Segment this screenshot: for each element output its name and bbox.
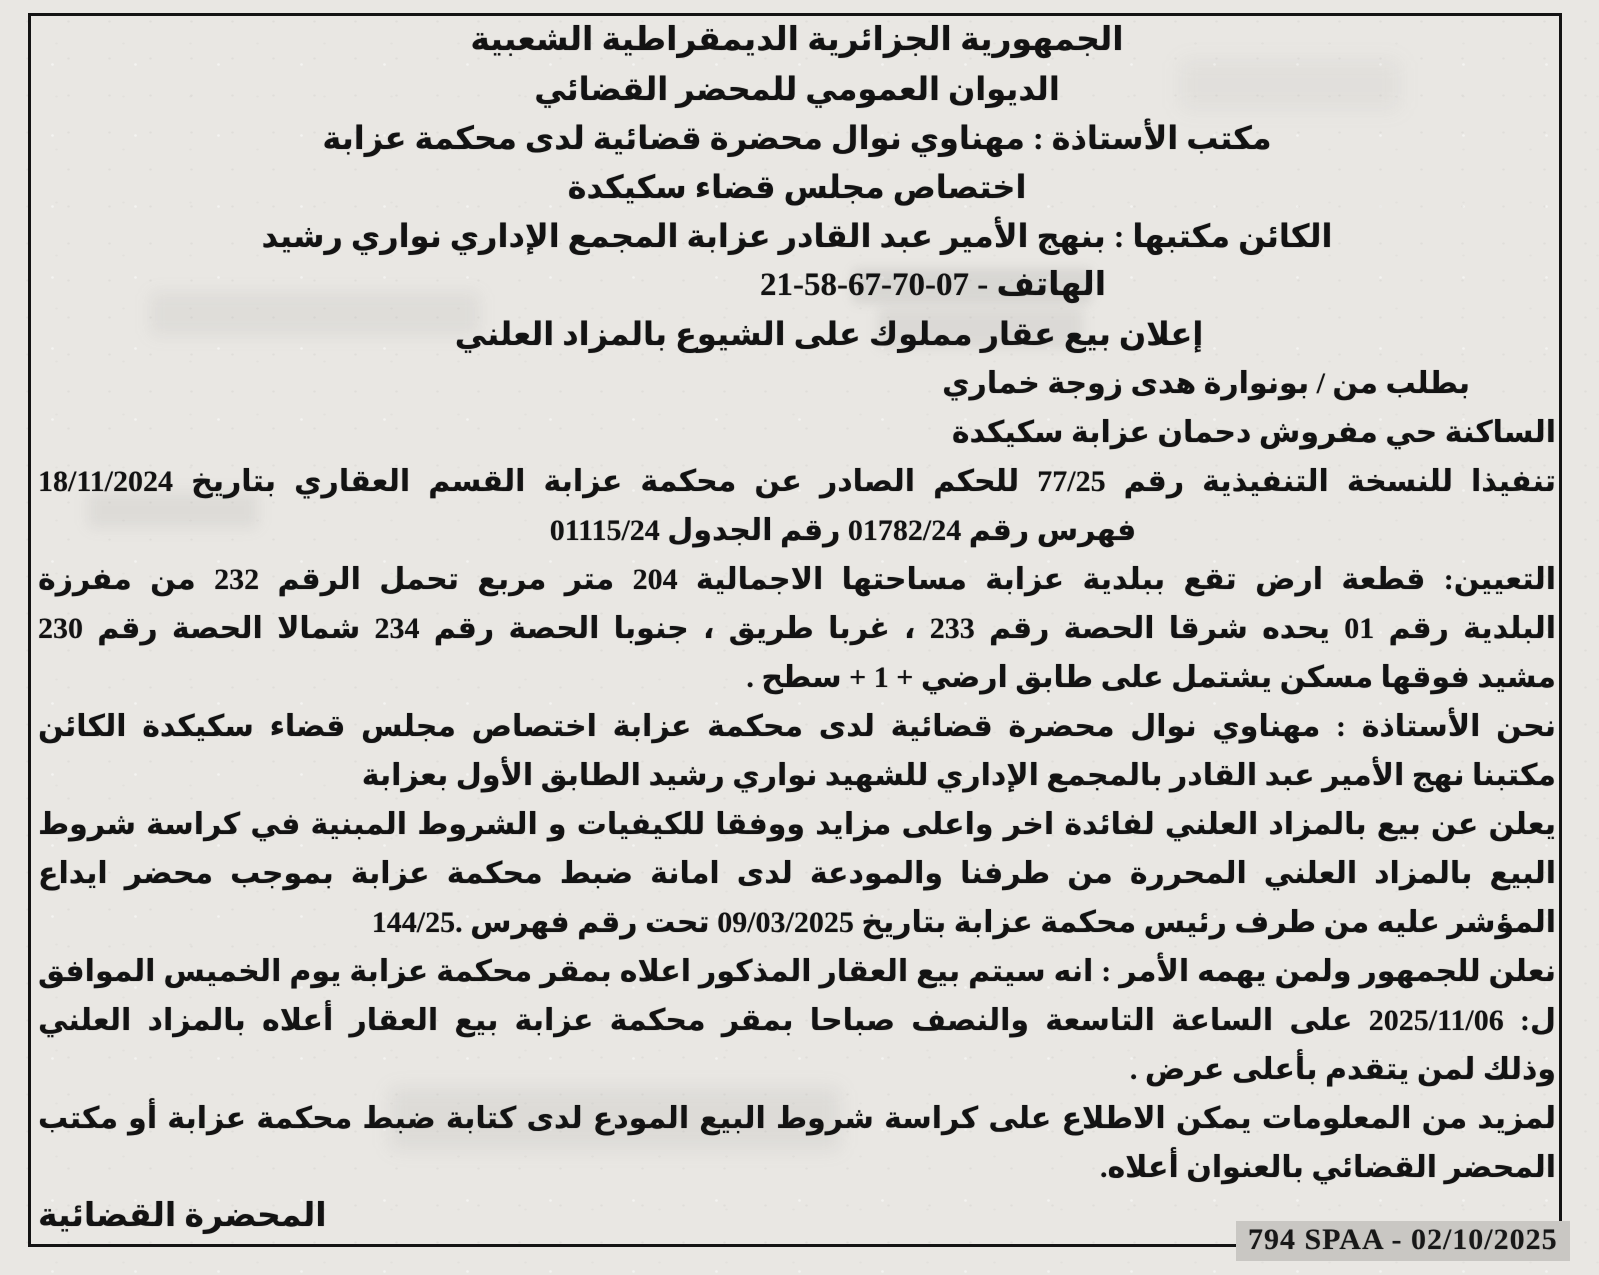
body-line-we-bailiff: نحن الأستاذة : مهناوي نوال محضرة قضائية … (38, 702, 1556, 751)
notice-title: إعلان بيع عقار مملوك على الشيوع بالمزاد … (70, 310, 1588, 359)
office-address-line: الكائن مكتبها : بنهج الأمير عبد القادر ع… (38, 212, 1556, 261)
body-line-sale-datetime: ل: 2025/11/06 على الساعة التاسعة والنصف … (38, 996, 1556, 1045)
body-line-more-info: لمزيد من المعلومات يمكن الاطلاع على كراس… (38, 1094, 1556, 1143)
body-line-address-above: المحضر القضائي بالعنوان أعلاه. (38, 1143, 1556, 1192)
jurisdiction-line: اختصاص مجلس قضاء سكيكدة (38, 163, 1556, 212)
requester-address-line: الساكنة حي مفروش دحمان عزابة سكيكدة (38, 408, 1556, 457)
requester-line: بطلب من / بونوارة هدى زوجة خماري (38, 359, 1556, 408)
body-line-index-number: فهرس رقم 01782/24 رقم الجدول 01115/24 (84, 506, 1599, 555)
body-line-deposit-ref: المؤشر عليه من طرف رئيس محكمة عزابة بتار… (38, 898, 1556, 947)
body-line-auction-announce: يعلن عن بيع بالمزاد العلني لفائدة اخر وا… (38, 800, 1556, 849)
body-line-execution: تنفيذا للنسخة التنفيذية رقم 77/25 للحكم … (38, 457, 1556, 506)
body-line-public-notice: نعلن للجمهور ولمن يهمه الأمر : انه سيتم … (38, 947, 1556, 996)
republic-heading: الجمهورية الجزائرية الديمقراطية الشعبية (38, 16, 1556, 65)
body-line-our-office: مكتبنا نهج الأمير عبد القادر بالمجمع الإ… (38, 751, 1556, 800)
legal-notice-page: { "header": { "republic": "الجمهورية الج… (0, 0, 1599, 1275)
body-line-building: مشيد فوقها مسكن يشتمل على طابق ارضي + 1 … (38, 653, 1556, 702)
phone-line: الهاتف - 07-70-67-58-21 (174, 261, 1599, 310)
body-line-conditions-book: البيع بالمزاد العلني المحررة من طرفنا وا… (38, 849, 1556, 898)
publication-reference: 794 SPAA - 02/10/2025 (1236, 1221, 1570, 1261)
bailiff-name-line: مكتب الأستاذة : مهناوي نوال محضرة قضائية… (38, 114, 1556, 163)
body-line-designation: التعيين: قطعة ارض تقع ببلدية عزابة مساحت… (38, 555, 1556, 604)
bailiff-public-office: الديوان العمومي للمحضر القضائي (38, 65, 1556, 114)
notice-text-column: الجمهورية الجزائرية الديمقراطية الشعبية … (38, 16, 1556, 1241)
body-line-boundaries: البلدية رقم 01 يحده شرقا الحصة رقم 233 ،… (38, 604, 1556, 653)
body-line-highest-bid: وذلك لمن يتقدم بأعلى عرض . (38, 1045, 1556, 1094)
